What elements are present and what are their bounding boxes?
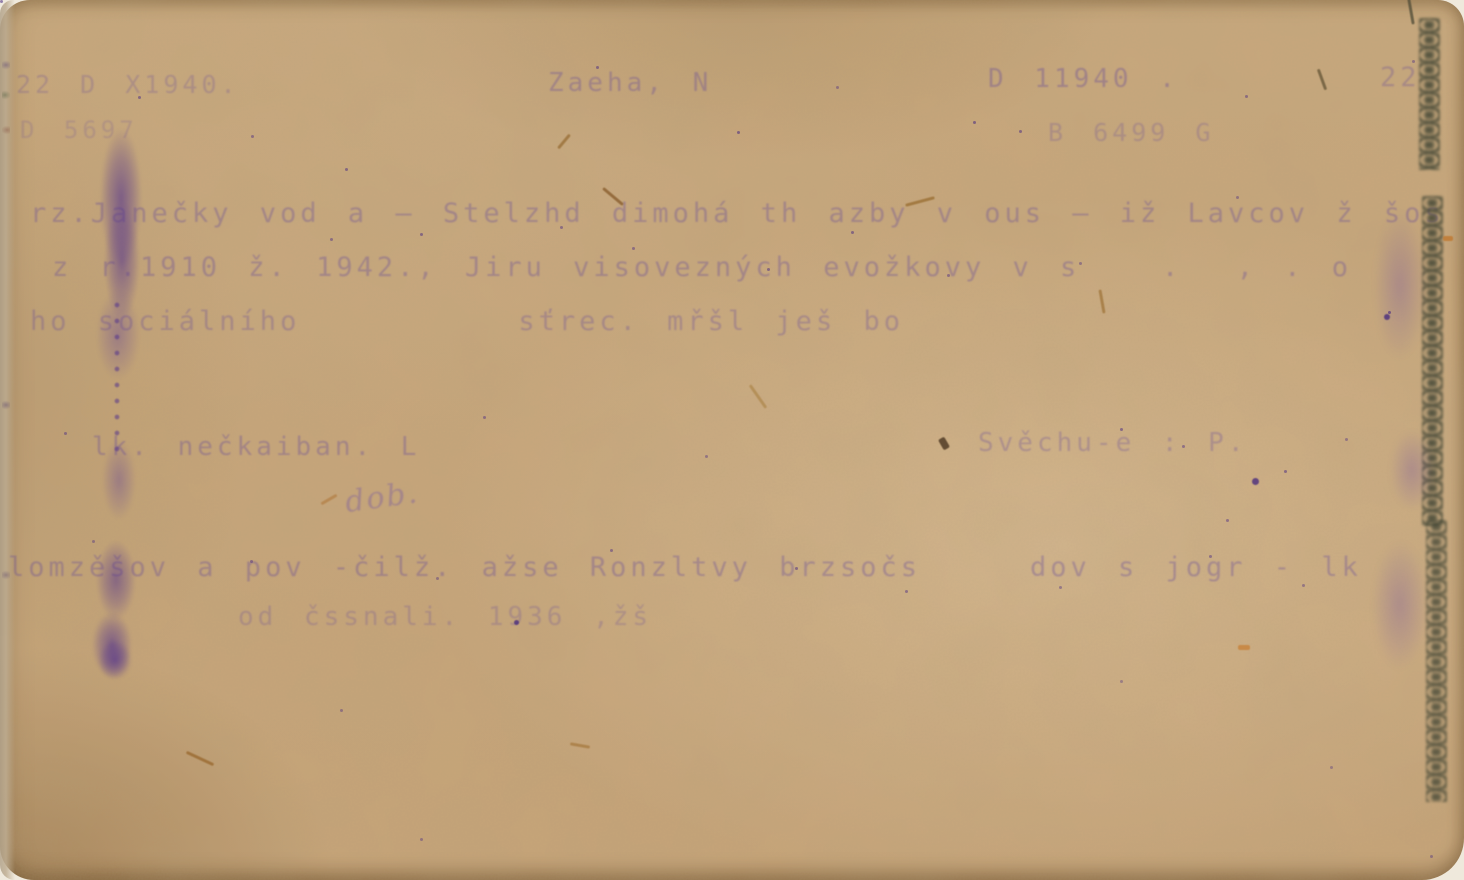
ghost-signature-right: Svěchu-e : P. — [978, 428, 1248, 458]
ghost-handwritten-note: dob. — [343, 475, 421, 520]
ghost-signature-left: lk. nečkaiban. L — [92, 432, 420, 462]
purple-haze-right-upper — [1374, 210, 1426, 360]
ghost-paragraph-line2: z r.1910 ž. 1942., Jiru visovezných evož… — [52, 252, 1352, 283]
ghost-paragraph-line3: ho sociálního sťrec. mřšl ješ bo — [30, 306, 904, 337]
ghost-header-place: Zaeha, N — [548, 68, 712, 98]
ink-specks — [0, 0, 3, 3]
ghost-header-left-number: 22 D X1940. — [16, 70, 240, 99]
ghost-bottom-line2: od čssnali. 1936 ,žš — [238, 602, 652, 632]
ghost-paragraph-line1: rz.Janečky vod a — Stelzhd dimohá th azb… — [30, 198, 1445, 229]
adjacent-page-edge — [0, 0, 15, 880]
ghost-header-right-number: D 11940 . — [988, 64, 1179, 94]
paper-card: 22 D X1940. D 5697 Zaeha, N D 11940 . 22… — [0, 0, 1464, 880]
ghost-bottom-line1: lomzěšov a pov -čilž. ažse Ronzltvy brzs… — [8, 552, 1362, 583]
ink-blob-medium — [1384, 314, 1390, 320]
smudge-dot-trail — [112, 300, 122, 460]
ghost-header-far-right-number: 22 — [1380, 62, 1421, 93]
purple-haze-right-mid — [1390, 430, 1434, 510]
scanned-card-back: 22 D X1940. D 5697 Zaeha, N D 11940 . 22… — [0, 0, 1464, 880]
ink-blob-small — [514, 620, 519, 625]
ghost-header-right-number2: B 6499 G — [1048, 118, 1214, 147]
ink-blob-large — [1252, 478, 1259, 485]
purple-haze-right-lower — [1372, 540, 1428, 670]
